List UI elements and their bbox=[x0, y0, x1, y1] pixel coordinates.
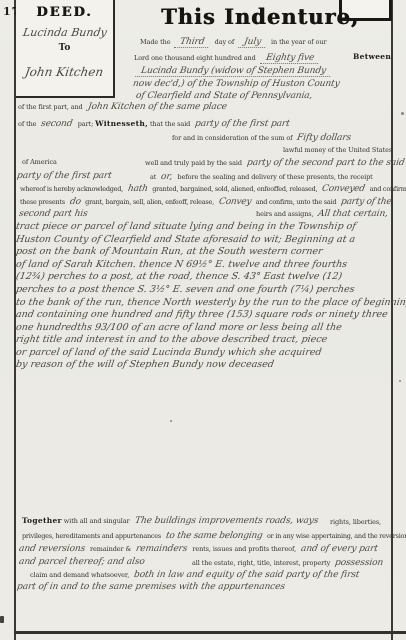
handwritten-do: do bbox=[69, 197, 81, 207]
paid-line: well and truly paid by the said party of… bbox=[145, 158, 406, 168]
printed-text: and confirm, unto the said bbox=[256, 198, 337, 206]
handwritten-convey: Convey bbox=[218, 197, 252, 207]
lawful-money-line: lawful money of the United States bbox=[283, 146, 392, 154]
printed-text: lawful money of the United States bbox=[283, 146, 392, 154]
handwritten-party: party of the second part to the said bbox=[246, 158, 405, 168]
grant-line: these presents do grant, bargain, sell, … bbox=[20, 197, 394, 207]
between-label-line: Between bbox=[353, 52, 391, 61]
handwritten-year: Eighty five bbox=[260, 53, 320, 64]
rights-line: rights, liberties, bbox=[330, 518, 381, 526]
scan-speck bbox=[170, 420, 172, 422]
date-line: Made the Third day of July in the year o… bbox=[140, 37, 326, 48]
printed-text: of the first part, and bbox=[18, 103, 83, 111]
grantor-residence: now dec'd,) of the Township of Huston Co… bbox=[132, 79, 340, 89]
printed-text: rents, issues and profits thereof, bbox=[192, 545, 296, 553]
description-line: one hundredths 93/100 of an acre of land… bbox=[15, 322, 342, 333]
printed-text: all the estate, right, title, interest, … bbox=[192, 559, 330, 567]
consideration-amount: Fifty dollars bbox=[297, 133, 353, 143]
description-line: or parcel of land of the said Lucinda Bu… bbox=[15, 347, 322, 358]
handwritten-party: party of the bbox=[340, 197, 392, 207]
scan-speck bbox=[401, 112, 404, 115]
printed-text: Made the bbox=[140, 38, 170, 46]
description-line: and containing one hundred and fifty thr… bbox=[15, 309, 388, 320]
printed-text: for and in consideration of the sum of bbox=[172, 134, 292, 142]
handwritten-party: party of the first part bbox=[16, 171, 112, 181]
handwritten-reversions: and reversions bbox=[18, 544, 86, 554]
printed-text: in the year of our bbox=[271, 38, 326, 46]
year-line: Lord one thousand eight hundred and Eigh… bbox=[134, 53, 322, 64]
grantor-line-1: Lucinda Bundy (widow of Stephen Bundy bbox=[133, 66, 334, 77]
description-line: perches to a post thence S. 3½° E. seven… bbox=[15, 284, 355, 295]
printed-text: remainder & bbox=[90, 545, 131, 553]
estate-line: all the estate, right, title, interest, … bbox=[192, 558, 386, 568]
handwritten-or: or, bbox=[160, 172, 173, 182]
grantor-name: Lucinda Bundy (widow of Stephen Bundy bbox=[135, 66, 332, 77]
handwritten-possession: possession bbox=[334, 558, 384, 568]
printed-text: of America bbox=[22, 158, 57, 166]
index-box: DEED. Lucinda Bundy To John Kitchen bbox=[16, 0, 115, 98]
witnesseth-label: Witnesseth, bbox=[95, 119, 148, 128]
scan-speck bbox=[399, 380, 401, 382]
together-line-2: privileges, hereditaments and appurtenan… bbox=[22, 531, 406, 541]
granted-line: whereof is hereby acknowledged, hath gra… bbox=[20, 184, 406, 194]
deed-record-page: 172 DEED. Lucinda Bundy To John Kitchen … bbox=[0, 0, 406, 640]
printed-text: or in any wise appertaining, and the rev… bbox=[267, 532, 406, 540]
handwritten-belonging: to the same belonging bbox=[165, 531, 263, 541]
printed-text: before the sealing and delivery of these… bbox=[178, 173, 373, 181]
handwritten-parcel: and parcel thereof; and also bbox=[18, 557, 145, 567]
description-line: (12¾) perches to a post, at the road, th… bbox=[15, 271, 343, 282]
handwritten-second: second bbox=[41, 119, 74, 129]
printed-text: day of bbox=[215, 38, 235, 46]
printed-text: privileges, hereditaments and appurtenan… bbox=[22, 532, 161, 540]
scan-artifact bbox=[0, 616, 4, 623]
printed-text: these presents bbox=[20, 198, 65, 206]
premises-line: part of in and to the same premises with… bbox=[14, 582, 288, 592]
heirs-line: heirs and assigns, All that certain, bbox=[256, 209, 391, 219]
first-part-line: of the first part, and John Kitchen of t… bbox=[18, 102, 229, 112]
parcel-line: and parcel thereof; and also bbox=[16, 557, 148, 567]
together-line-3: and reversions remainder & remainders re… bbox=[16, 544, 381, 554]
printed-text: well and truly paid by the said bbox=[145, 159, 242, 167]
printed-text: grant, bargain, sell, alien, enfeoff, re… bbox=[85, 198, 214, 206]
handwritten-premises: part of in and to the same premises with… bbox=[16, 582, 285, 592]
description-line: by reason of the will of Stephen Bundy n… bbox=[15, 359, 275, 370]
handwritten-party: party of the first part bbox=[194, 119, 290, 129]
handwritten-party: second part his bbox=[18, 209, 88, 219]
claim-line: claim and demand whatsoever, both in law… bbox=[30, 570, 362, 580]
description-line: right title and interest in and to the a… bbox=[15, 334, 328, 345]
printed-text: heirs and assigns, bbox=[256, 210, 313, 218]
right-page-rule bbox=[391, 0, 393, 640]
index-grantor-name: Lucinda Bundy bbox=[22, 26, 108, 39]
grantor-state: of Clearfield and State of Pennsylvania, bbox=[135, 91, 313, 101]
of-america-line: of America bbox=[22, 158, 57, 166]
printed-text: rights, liberties, bbox=[330, 518, 381, 526]
handwritten-remainders: remainders bbox=[135, 544, 188, 554]
handwritten-hath: hath bbox=[127, 184, 148, 194]
sealing-line: at or, before the sealing and delivery o… bbox=[150, 172, 373, 182]
index-grantee-name: John Kitchen bbox=[24, 65, 104, 79]
description-line: tract piece or parcel of land situate ly… bbox=[15, 221, 357, 232]
printed-text: with all and singular bbox=[64, 517, 130, 525]
index-to-label: To bbox=[16, 43, 113, 53]
description-line: post on the bank of Mountain Run, at the… bbox=[15, 246, 323, 257]
printed-text: of the bbox=[18, 120, 36, 128]
description-line: of land of Sarah Kitchen. thence N 69½° … bbox=[15, 259, 348, 270]
printed-text: whereof is hereby acknowledged, bbox=[20, 185, 123, 193]
printed-text: claim and demand whatsoever, bbox=[30, 571, 129, 579]
between-label: Between bbox=[353, 52, 391, 61]
handwritten-all-that: All that certain, bbox=[318, 209, 389, 219]
grantee-name: John Kitchen of the same place bbox=[87, 102, 227, 112]
grantor-line-2: now dec'd,) of the Township of Huston Co… bbox=[130, 79, 343, 89]
party-first-line: party of the first part bbox=[14, 171, 115, 181]
second-part-line: second part his bbox=[16, 209, 91, 219]
handwritten-law-equity: both in law and equity of the said party… bbox=[133, 570, 360, 580]
description-line: to the bank of the run, thence North wes… bbox=[15, 297, 406, 308]
witnesseth-line: of the second part; Witnesseth, that the… bbox=[18, 119, 293, 129]
together-label: Together bbox=[22, 516, 62, 525]
document-title: This Indenture, bbox=[128, 4, 392, 29]
printed-text: at bbox=[150, 173, 156, 181]
printed-text: part; bbox=[78, 120, 93, 128]
handwritten-conveyed: Conveyed bbox=[321, 184, 365, 194]
printed-text: granted, bargained, sold, aliened, enfeo… bbox=[152, 185, 317, 193]
handwritten-day: Third bbox=[175, 37, 211, 48]
handwritten-every-part: and of every part bbox=[300, 544, 378, 554]
printed-text: that the said bbox=[150, 120, 190, 128]
printed-text: Lord one thousand eight hundred and bbox=[134, 54, 256, 62]
description-line: Huston County of Clearfield and State af… bbox=[15, 234, 356, 245]
index-heading: DEED. bbox=[16, 5, 113, 20]
together-line-1: Together with all and singular The build… bbox=[22, 516, 321, 526]
handwritten-month: July bbox=[238, 37, 267, 48]
consideration-line: for and in consideration of the sum of F… bbox=[172, 133, 354, 143]
grantor-line-3: of Clearfield and State of Pennsylvania, bbox=[133, 91, 315, 101]
bottom-page-rule bbox=[14, 631, 406, 634]
handwritten-buildings: The buildings improvements roads, ways bbox=[134, 516, 319, 526]
printed-text: and confirmed, and by bbox=[370, 185, 406, 193]
